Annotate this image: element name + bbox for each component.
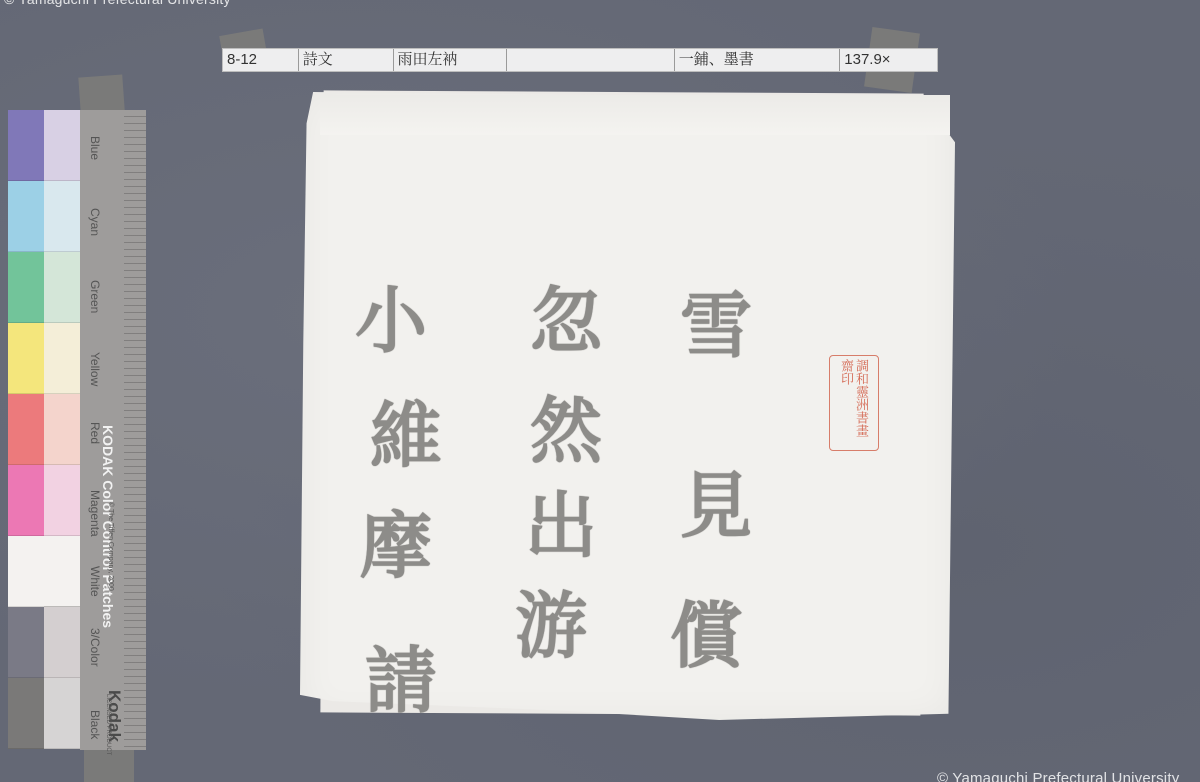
catalog-number: 8-12: [223, 49, 299, 71]
kodak-copyright: © The Tiffen Company, 2000: [107, 502, 114, 591]
patch-green-light: [44, 252, 80, 323]
patch-green-dark: [8, 252, 44, 323]
kodak-ruler: Blue Cyan Green Yellow Red Magenta White…: [80, 110, 146, 750]
calligraphy-char: 小: [355, 285, 427, 357]
copyright-watermark-bottom: © Yamaguchi Prefectural University: [937, 770, 1179, 782]
patch-blue-dark: [8, 110, 44, 181]
label-cyan: Cyan: [88, 208, 102, 236]
ruler-ticks: [124, 110, 146, 750]
patch-red-light: [44, 394, 80, 465]
catalog-artist: 雨田左衲: [394, 49, 508, 71]
calligraphy-char: 雪: [680, 290, 752, 362]
patch-magenta-light: [44, 465, 80, 536]
patch-3color-light: [44, 607, 80, 678]
calligraphy-char: 維: [370, 400, 442, 472]
calligraphy-char: 摩: [360, 510, 432, 582]
red-seal-stamp: 調和靈洲書畫齋印: [829, 355, 879, 451]
patch-black-light: [44, 678, 80, 749]
copyright-watermark-top: © Yamaguchi Prefectural University: [4, 0, 231, 7]
patch-yellow-light: [44, 323, 80, 394]
label-blue: Blue: [88, 136, 102, 160]
patch-3color-dark: [8, 607, 44, 678]
patch-cyan-dark: [8, 181, 44, 252]
kodak-licensed: LICENSED PRODUCT: [105, 694, 111, 755]
catalog-category: 詩文: [299, 49, 394, 71]
label-3color: 3/Color: [88, 628, 102, 667]
color-control-chart: Blue Cyan Green Yellow Red Magenta White…: [8, 110, 146, 750]
patch-column-dark: [8, 110, 44, 749]
calligraphy-char: 請: [365, 645, 437, 717]
catalog-format: 一鋪、墨書: [675, 49, 841, 71]
patch-yellow-dark: [8, 323, 44, 394]
patch-magenta-dark: [8, 465, 44, 536]
calligraphy-char: 游: [515, 590, 587, 662]
calligraphy-char: 忽: [530, 285, 602, 357]
patch-black-dark: [8, 678, 44, 749]
catalog-label: 8-12 詩文 雨田左衲 一鋪、墨書 137.9×: [222, 48, 938, 72]
paper-fold: [320, 95, 950, 135]
calligraphy-char: 出: [525, 490, 597, 562]
label-black: Black: [88, 710, 102, 739]
patch-column-light: [44, 110, 80, 749]
patch-red-dark: [8, 394, 44, 465]
patch-cyan-light: [44, 181, 80, 252]
catalog-blank: [507, 49, 675, 71]
patch-blue-light: [44, 110, 80, 181]
label-yellow: Yellow: [88, 352, 102, 386]
catalog-size: 137.9×: [840, 49, 937, 71]
calligraphy-char: 見: [680, 470, 752, 542]
calligraphy-char: 然: [530, 395, 602, 467]
label-green: Green: [88, 280, 102, 313]
calligraphy-char: 償: [670, 600, 742, 672]
patch-white-spacer: [44, 536, 80, 607]
